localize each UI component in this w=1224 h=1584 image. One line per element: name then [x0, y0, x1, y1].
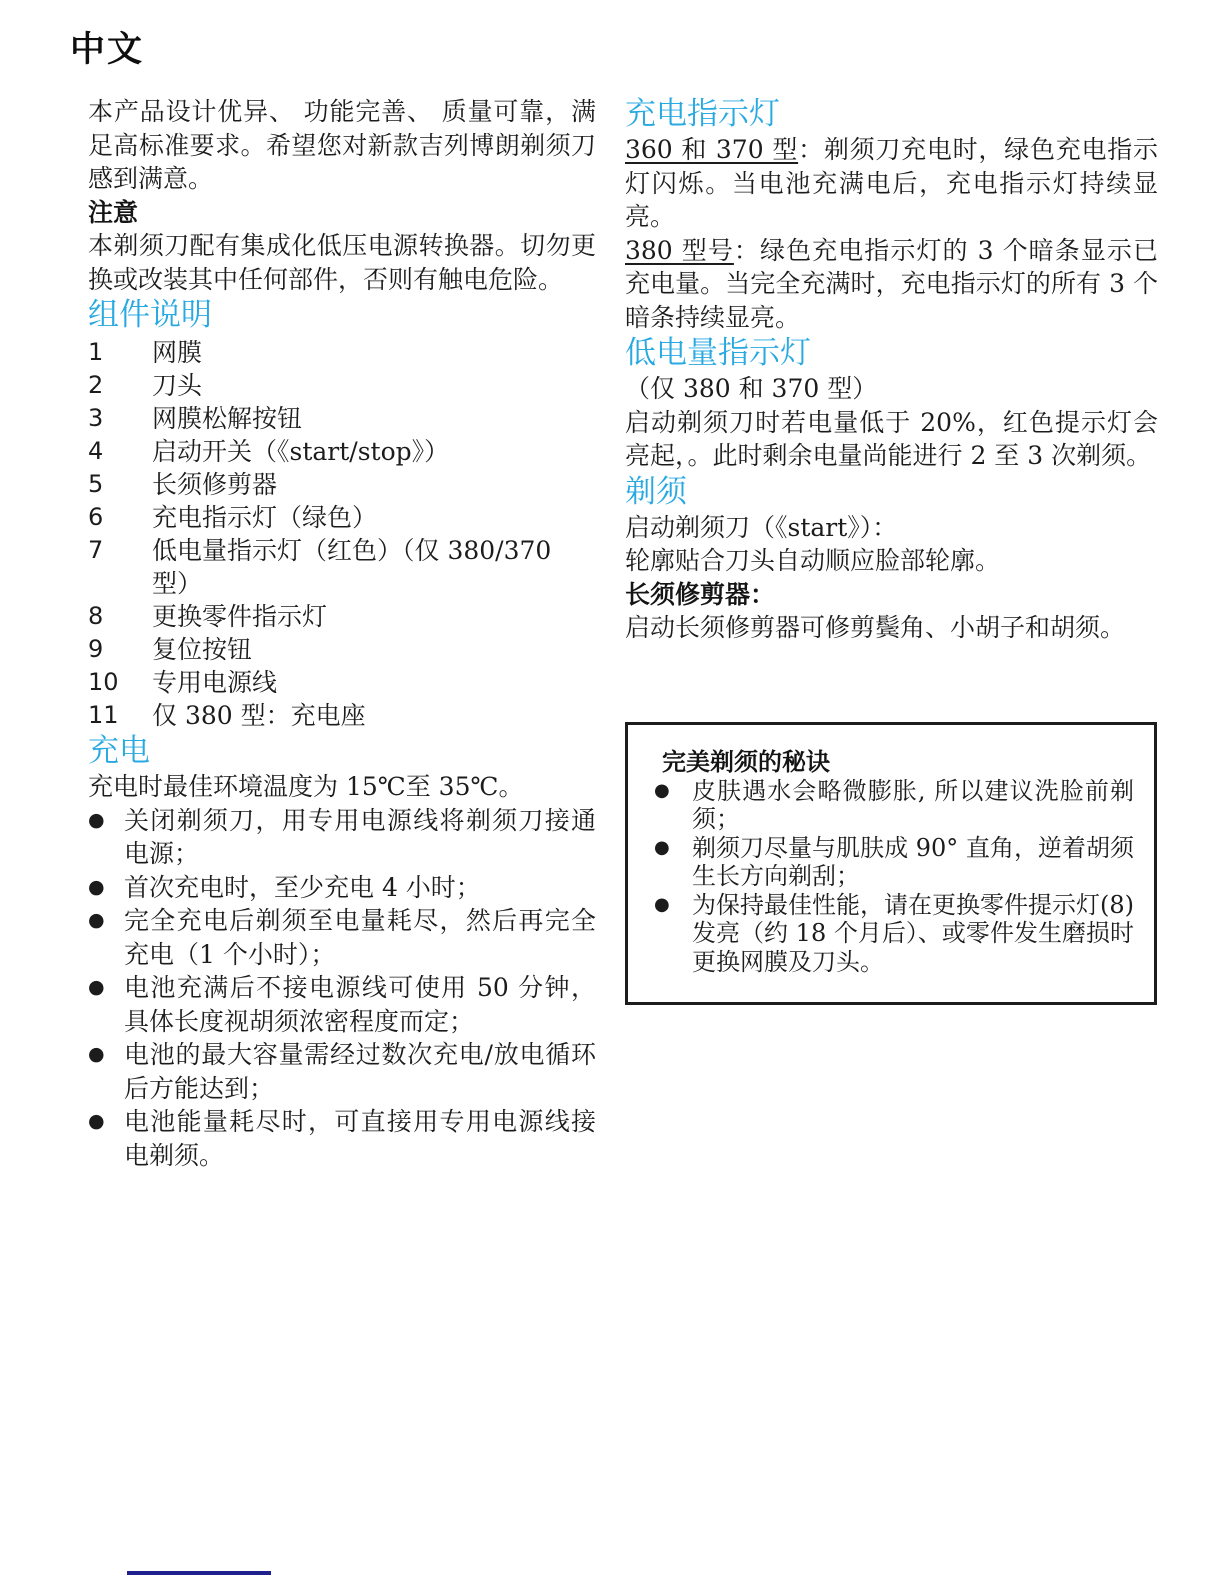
shaving-contour-line: 轮廓贴合刀头自动顺应脸部轮廓。: [625, 544, 1158, 578]
list-item: 2 刀头: [88, 369, 596, 402]
bullet-text: 电池能量耗尽时，可直接用专用电源线接电剃须。: [124, 1105, 596, 1172]
item-number: 1: [88, 336, 152, 369]
bullet-icon: ●: [88, 1105, 124, 1172]
item-number: 11: [88, 699, 152, 732]
item-label: 仅 380 型：充电座: [152, 699, 596, 732]
charging-bullet-list: ● 关闭剃须刀，用专用电源线将剃须刀接通电源； ● 首次充电时，至少充电 4 小…: [88, 804, 596, 1173]
list-item: ● 首次充电时，至少充电 4 小时；: [88, 871, 596, 905]
list-item: 9 复位按钮: [88, 633, 596, 666]
bullet-text: 电池的最大容量需经过数次充电/放电循环后方能达到；: [124, 1038, 596, 1105]
item-label: 低电量指示灯（红色）（仅 380/370 型）: [152, 534, 596, 600]
charge-light-paragraph-380: 380 型号：绿色充电指示灯的 3 个暗条显示已充电量。当完全充满时，充电指示灯…: [625, 234, 1158, 335]
bullet-icon: ●: [88, 804, 124, 871]
bullet-text: 首次充电时，至少充电 4 小时；: [124, 871, 596, 905]
item-label: 复位按钮: [152, 633, 596, 666]
components-heading: 组件说明: [88, 296, 596, 334]
list-item: ● 电池能量耗尽时，可直接用专用电源线接电剃须。: [88, 1105, 596, 1172]
bullet-text: 剃须刀尽量与肌肤成 90° 直角，逆着胡须生长方向剃刮；: [692, 834, 1134, 891]
manual-page: 中文 本产品设计优异、 功能完善、 质量可靠，满足高标准要求。希望您对新款吉列博…: [0, 0, 1224, 1584]
bullet-text: 电池充满后不接电源线可使用 50 分钟，具体长度视胡须浓密程度而定；: [124, 971, 596, 1038]
low-battery-subheading: （仅 380 和 370 型）: [625, 372, 1158, 406]
bullet-icon: ●: [88, 871, 124, 905]
item-number: 10: [88, 666, 152, 699]
perfect-shave-tips-box: 完美剃须的秘诀 ● 皮肤遇水会略微膨胀, 所以建议洗脸前剃须； ● 剃须刀尽量与…: [625, 722, 1157, 1006]
item-label: 启动开关（《start/stop》）: [152, 435, 596, 468]
charge-light-heading: 充电指示灯: [625, 95, 1158, 133]
item-label: 网膜松解按钮: [152, 402, 596, 435]
tips-bullet-list: ● 皮肤遇水会略微膨胀, 所以建议洗脸前剃须； ● 剃须刀尽量与肌肤成 90° …: [648, 777, 1134, 977]
list-item: 11 仅 380 型：充电座: [88, 699, 596, 732]
item-label: 充电指示灯（绿色）: [152, 501, 596, 534]
list-item: 3 网膜松解按钮: [88, 402, 596, 435]
bullet-text: 完全充电后剃须至电量耗尽，然后再完全充电（1 个小时）；: [124, 904, 596, 971]
item-label: 刀头: [152, 369, 596, 402]
list-item: ● 为保持最佳性能，请在更换零件提示灯(8)发亮（约 18 个月后）、或零件发生…: [648, 891, 1134, 977]
list-item: 5 长须修剪器: [88, 468, 596, 501]
charge-light-paragraph-360-370: 360 和 370 型：剃须刀充电时，绿色充电指示灯闪烁。当电池充满电后，充电指…: [625, 133, 1158, 234]
shaving-start-line: 启动剃须刀（《start》）：: [625, 511, 1158, 545]
bullet-icon: ●: [648, 834, 692, 891]
tips-heading: 完美剃须的秘诀: [662, 747, 1134, 777]
footer-divider-bar: [127, 1571, 271, 1575]
page-title: 中文: [70, 28, 144, 72]
charging-heading: 充电: [88, 732, 596, 770]
bullet-text: 为保持最佳性能，请在更换零件提示灯(8)发亮（约 18 个月后）、或零件发生磨损…: [692, 891, 1134, 977]
low-battery-heading: 低电量指示灯: [625, 334, 1158, 372]
bullet-icon: ●: [88, 1038, 124, 1105]
item-label: 更换零件指示灯: [152, 600, 596, 633]
list-item: ● 完全充电后剃须至电量耗尽，然后再完全充电（1 个小时）；: [88, 904, 596, 971]
item-number: 9: [88, 633, 152, 666]
list-item: 10 专用电源线: [88, 666, 596, 699]
item-label: 长须修剪器: [152, 468, 596, 501]
model-380-label: 380 型号: [625, 236, 734, 265]
trimmer-paragraph: 启动长须修剪器可修剪鬓角、小胡子和胡须。: [625, 611, 1158, 645]
list-item: 7 低电量指示灯（红色）（仅 380/370 型）: [88, 534, 596, 600]
list-item: ● 关闭剃须刀，用专用电源线将剃须刀接通电源；: [88, 804, 596, 871]
notice-heading: 注意: [88, 196, 596, 230]
bullet-text: 皮肤遇水会略微膨胀, 所以建议洗脸前剃须；: [692, 777, 1134, 834]
bullet-text: 关闭剃须刀，用专用电源线将剃须刀接通电源；: [124, 804, 596, 871]
item-number: 4: [88, 435, 152, 468]
bullet-icon: ●: [648, 777, 692, 834]
list-item: 6 充电指示灯（绿色）: [88, 501, 596, 534]
item-label: 网膜: [152, 336, 596, 369]
components-list: 1 网膜 2 刀头 3 网膜松解按钮 4 启动开关（《start/stop》） …: [88, 336, 596, 732]
intro-paragraph: 本产品设计优异、 功能完善、 质量可靠，满足高标准要求。希望您对新款吉列博朗剃须…: [88, 95, 596, 196]
bullet-icon: ●: [88, 904, 124, 971]
item-number: 8: [88, 600, 152, 633]
item-label: 专用电源线: [152, 666, 596, 699]
item-number: 7: [88, 534, 152, 600]
item-number: 2: [88, 369, 152, 402]
list-item: 4 启动开关（《start/stop》）: [88, 435, 596, 468]
shaving-heading: 剃须: [625, 473, 1158, 511]
list-item: 1 网膜: [88, 336, 596, 369]
low-battery-paragraph: 启动剃须刀时若电量低于 20%，红色提示灯会亮起，。此时剩余电量尚能进行 2 至…: [625, 406, 1158, 473]
charging-intro: 充电时最佳环境温度为 15℃至 35℃。: [88, 770, 596, 804]
list-item: ● 电池充满后不接电源线可使用 50 分钟，具体长度视胡须浓密程度而定；: [88, 971, 596, 1038]
trimmer-heading: 长须修剪器：: [625, 578, 1158, 612]
right-column: 充电指示灯 360 和 370 型：剃须刀充电时，绿色充电指示灯闪烁。当电池充满…: [625, 95, 1158, 1005]
model-360-370-label: 360 和 370 型: [625, 135, 798, 164]
item-number: 6: [88, 501, 152, 534]
list-item: ● 电池的最大容量需经过数次充电/放电循环后方能达到；: [88, 1038, 596, 1105]
bullet-icon: ●: [88, 971, 124, 1038]
list-item: ● 剃须刀尽量与肌肤成 90° 直角，逆着胡须生长方向剃刮；: [648, 834, 1134, 891]
left-column: 本产品设计优异、 功能完善、 质量可靠，满足高标准要求。希望您对新款吉列博朗剃须…: [88, 95, 596, 1172]
list-item: 8 更换零件指示灯: [88, 600, 596, 633]
list-item: ● 皮肤遇水会略微膨胀, 所以建议洗脸前剃须；: [648, 777, 1134, 834]
item-number: 3: [88, 402, 152, 435]
notice-paragraph: 本剃须刀配有集成化低压电源转换器。切勿更换或改装其中任何部件，否则有触电危险。: [88, 229, 596, 296]
item-number: 5: [88, 468, 152, 501]
bullet-icon: ●: [648, 891, 692, 977]
